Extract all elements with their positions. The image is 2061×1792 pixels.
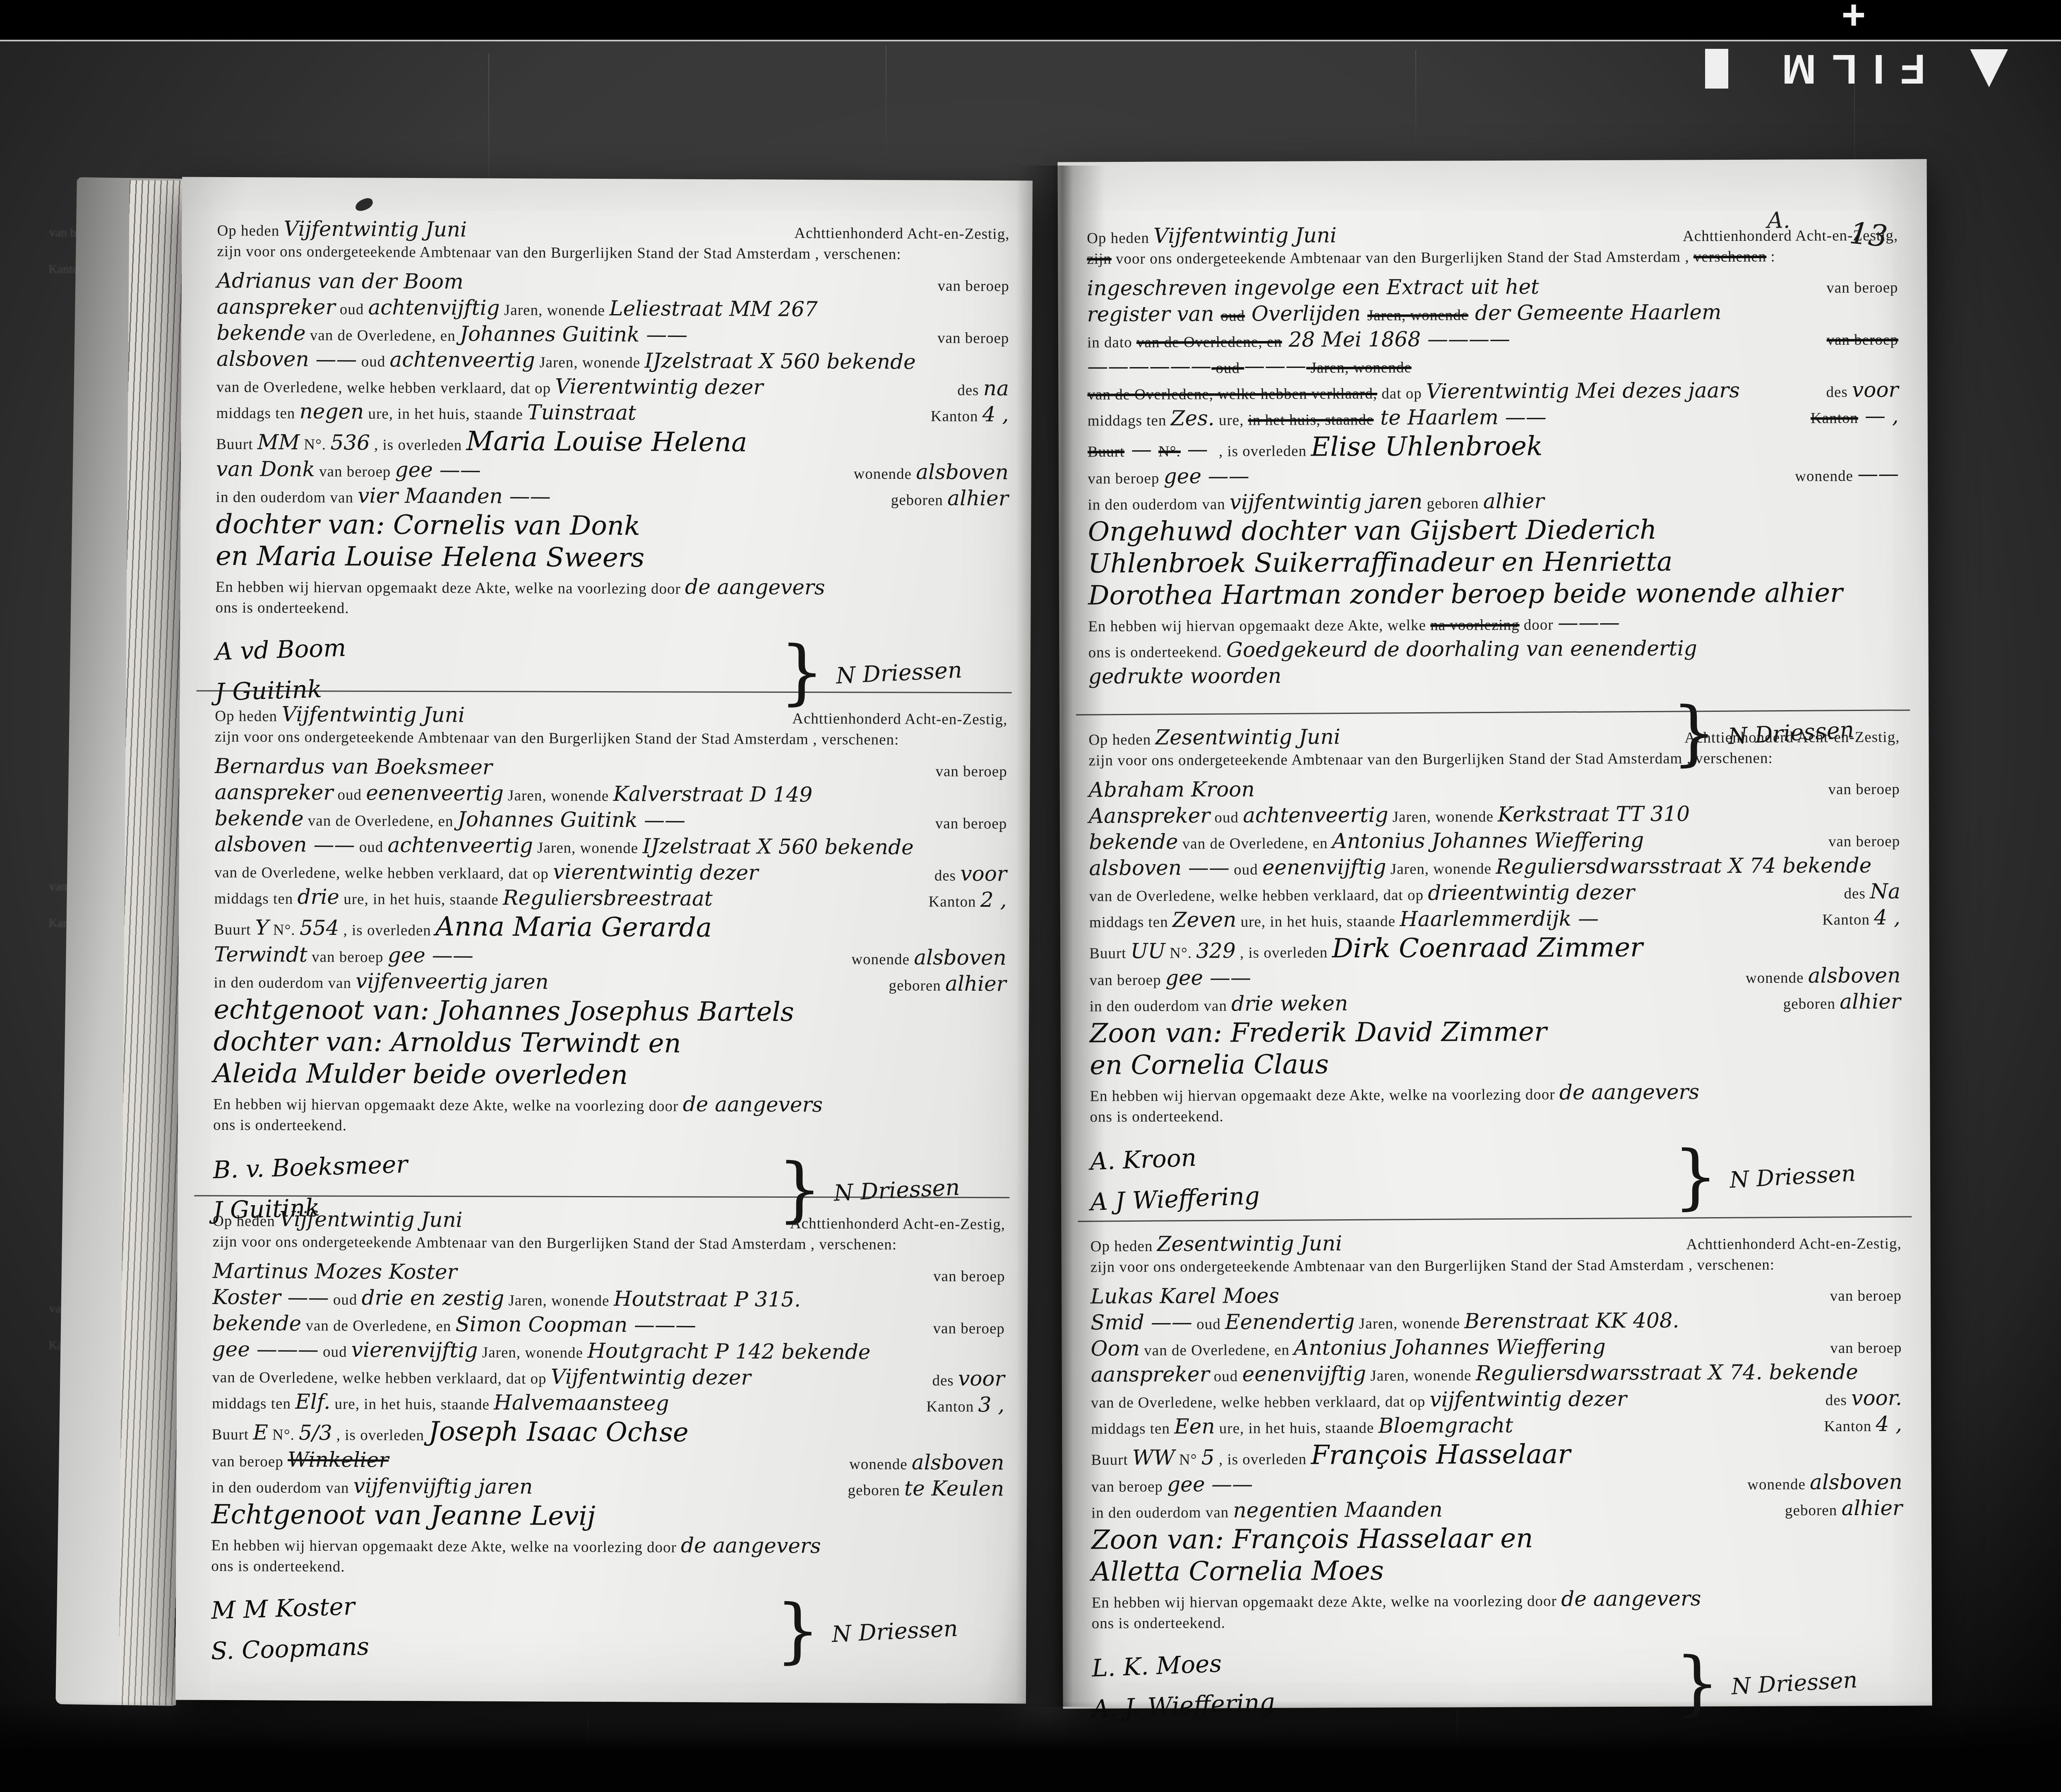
record-line: Abraham Kroonvan beroep	[1089, 775, 1900, 803]
record-line: dochter van: Arnoldus Terwindt en	[214, 1026, 1006, 1060]
death-record-right-2: Op heden Zesentwintig JuniAchttienhonder…	[1088, 723, 1901, 1214]
printed-text: ure, in het huis, staande	[1236, 913, 1400, 931]
printed-text: oud	[1211, 359, 1244, 377]
handwritten-text: —	[1124, 437, 1158, 461]
handwritten-text: achtenveertig	[387, 833, 533, 858]
handwritten-text: Vierentwintig dezer	[555, 374, 763, 399]
film-edge-label: FILM +	[1738, 38, 1953, 96]
spacer	[465, 722, 792, 723]
handwritten-text: Uhlenbroek Suikerraffinadeur en Henriett…	[1088, 546, 1673, 579]
printed-text: ons is onderteekend.	[1088, 643, 1227, 661]
printed-text: van beroep	[315, 463, 395, 481]
film-edge-block-icon	[1705, 49, 1728, 89]
handwritten-text: Zesentwintig Juni	[1157, 1231, 1342, 1256]
handwritten-text: Zesentwintig Juni	[1155, 725, 1340, 749]
handwritten-text: Antonius Johannes Wieffering	[1332, 828, 1644, 853]
printed-text: van beroep	[937, 277, 1009, 295]
printed-text: van beroep	[1830, 1287, 1902, 1305]
printed-text: des	[1826, 383, 1852, 401]
record-line: en Maria Louise Helena Sweers	[216, 541, 1008, 575]
handwritten-text: Dirk Coenraad Zimmer	[1332, 932, 1643, 964]
spacer	[1255, 794, 1828, 796]
handwritten-text: 5	[1201, 1445, 1215, 1469]
spacer	[713, 906, 929, 906]
printed-text: Jaren, wonende	[1386, 860, 1496, 878]
printed-text: van beroep	[933, 1319, 1005, 1338]
handwritten-text: en Maria Louise Helena Sweers	[216, 541, 644, 574]
record-line: van de Overledene, welke hebben verklaar…	[1091, 1386, 1902, 1414]
printed-text: oud	[357, 353, 390, 370]
brace-mark: }	[1673, 1141, 1718, 1212]
record-line: ons is onderteekend.	[211, 1557, 1004, 1585]
printed-text: van beroep	[1828, 781, 1900, 799]
printed-text: Achttienhonderd Acht-en-Zestig,	[792, 710, 1007, 728]
printed-text: Jaren, wonende	[533, 839, 643, 857]
printed-text: Achttienhonderd Acht-en-Zestig,	[1686, 1235, 1901, 1254]
printed-text: , is overleden	[1215, 442, 1311, 461]
record-line: ons is onderteekend.	[215, 599, 1008, 627]
film-scratch	[886, 46, 886, 170]
record-line: Op heden Zesentwintig JuniAchttienhonder…	[1088, 723, 1900, 751]
spacer	[457, 1279, 934, 1281]
printed-text: van beroep	[935, 814, 1007, 833]
record-line: bekende van de Overledene, en Johannes G…	[214, 806, 1007, 834]
printed-text: geboren	[889, 977, 946, 995]
printed-text: wonende	[1795, 467, 1857, 485]
handwritten-text: aanspreker	[214, 780, 333, 805]
record-line: Op heden Vijfentwintig JuniAchttienhonde…	[215, 702, 1007, 730]
spacer	[1340, 742, 1685, 744]
printed-text: in den ouderdom van	[1088, 495, 1230, 514]
handwritten-text: aanspreker	[217, 295, 336, 319]
handwritten-text: Maria Louise Helena	[466, 426, 747, 458]
printed-text: oud	[1192, 1315, 1225, 1333]
spacer	[669, 1410, 927, 1412]
printed-text: van de Overledene, en	[1140, 1341, 1294, 1360]
record-line: alsboven —— oud achtenveertig Jaren, won…	[214, 832, 1007, 860]
handwritten-text: Koster ——	[212, 1285, 329, 1309]
handwritten-text: Na	[1870, 879, 1900, 903]
death-record-left-3: Op heden Vijfentwintig JuniAchttienhonde…	[211, 1207, 1005, 1667]
handwritten-text: François Hasselaar	[1311, 1439, 1571, 1470]
record-line: van de Overledene, welke hebben verklaar…	[214, 858, 1007, 886]
record-line: En hebben wij hiervan opgemaakt deze Akt…	[213, 1090, 1006, 1118]
handwritten-text: gee ——	[1167, 1472, 1253, 1497]
record-line: Alletta Cornelia Moes	[1091, 1554, 1902, 1588]
printed-text: Jaren, wonende	[504, 1292, 614, 1310]
signature-area: A vd BoomJ Guitink}N Driessen	[215, 634, 1008, 708]
handwritten-text: Eenendertig	[1225, 1309, 1355, 1334]
printed-text: van beroep	[211, 1453, 288, 1471]
handwritten-text: alhier	[1841, 1496, 1902, 1521]
handwritten-text: Simon Coopman ———	[455, 1312, 696, 1337]
printed-text: door	[1519, 616, 1557, 634]
handwritten-text: Y	[255, 915, 269, 939]
handwritten-text: alsboven	[916, 460, 1009, 484]
printed-text: Buurt	[214, 921, 255, 939]
record-line: middags ten Zes. ure, in het huis, staan…	[1088, 404, 1899, 432]
handwritten-text: Antonius Johannes Wieffering	[1294, 1335, 1606, 1360]
record-line: Buurt MM N°. 536 , is overleden Maria Lo…	[216, 425, 1009, 459]
handwritten-text: ——————	[1087, 354, 1211, 378]
handwritten-text: Zoon van: Frederik David Zimmer	[1090, 1017, 1547, 1049]
handwritten-text: 5/3	[299, 1421, 332, 1445]
printed-text: geboren	[1422, 495, 1483, 513]
printed-text: voor ons ondergeteekende Ambtenaar van d…	[1112, 248, 1693, 268]
handwritten-text: 4 ,	[1874, 906, 1900, 930]
handwritten-text: Leliestraat MM 267	[609, 296, 818, 321]
record-line: zijn voor ons ondergeteekende Ambtenaar …	[217, 243, 1009, 271]
handwritten-text: Tuinstraat	[527, 400, 636, 425]
handwritten-text: Joseph Isaac Ochse	[428, 1416, 689, 1448]
printed-text: Buurt	[216, 435, 257, 453]
handwritten-text: Aleida Mulder beide overleden	[213, 1058, 628, 1091]
printed-text: geboren	[848, 1482, 905, 1500]
record-line: echtgenoot van: Johannes Josephus Bartel…	[214, 994, 1006, 1028]
registrar-signature-block: }N Driessen	[779, 637, 1008, 708]
handwritten-text: echtgenoot van: Johannes Josephus Bartel…	[214, 994, 794, 1028]
death-record-left-2: Op heden Vijfentwintig JuniAchttienhonde…	[213, 702, 1007, 1225]
printed-text: En hebben wij hiervan opgemaakt deze Akt…	[1090, 1086, 1559, 1105]
record-line: middags ten Zeven ure, in het huis, staa…	[1089, 906, 1900, 933]
printed-text: N°.	[1158, 443, 1181, 461]
handwritten-text: IJzelstraat X 560 bekende	[644, 348, 915, 374]
printed-text: wonende	[853, 465, 916, 483]
printed-text: En hebben wij hiervan opgemaakt deze Akt…	[216, 578, 685, 598]
record-line: ons is onderteekend. Goedgekeurd de door…	[1088, 636, 1900, 663]
handwritten-text: Reguliersbreestraat	[503, 886, 713, 910]
handwritten-text: gedrukte woorden	[1088, 664, 1281, 689]
handwritten-text: 28 Mei 1868 ————	[1282, 327, 1510, 352]
handwritten-text: eenenvijftig	[1262, 855, 1386, 879]
handwritten-text: Kalverstraat D 149	[613, 782, 812, 807]
witness-signature: A. Kroon	[1090, 1141, 1260, 1176]
printed-text: ure, in het huis, staande	[364, 405, 527, 423]
record-line: En hebben wij hiervan opgemaakt deze Akt…	[1088, 610, 1899, 637]
record-line: En hebben wij hiervan opgemaakt deze Akt…	[211, 1531, 1004, 1559]
printed-text: van beroep	[1826, 279, 1898, 297]
spacer	[473, 963, 852, 964]
record-line: in den ouderdom van vijfentwintig jaren …	[1088, 488, 1899, 516]
record-line: Zoon van: Frederik David Zimmer	[1090, 1016, 1901, 1049]
record-line: van de Overledene, welke hebben verklaar…	[1089, 879, 1900, 907]
printed-text: van beroep	[1828, 833, 1900, 851]
printed-text: oud	[333, 786, 366, 804]
printed-text: des	[934, 867, 961, 884]
microfilm-frame: FILM + ▼ van beroep Kanton van beroep Ka…	[0, 0, 2061, 1792]
signature-area: M M KosterS. Coopmans}N Driessen	[211, 1593, 1004, 1667]
spacer	[1253, 1489, 1747, 1491]
right-page: A. 13 Op heden Vijfentwintig JuniAchttie…	[1057, 159, 1932, 1708]
record-line: zijn voor ons ondergeteekende Ambtenaar …	[1091, 1256, 1902, 1283]
spacer	[1539, 293, 1826, 293]
handwritten-text: MM	[257, 430, 300, 454]
printed-text: van de Overledene, welke hebben verklaar…	[1091, 1393, 1430, 1412]
record-line: in den ouderdom van vijfenvijftig jareng…	[211, 1473, 1004, 1501]
handwritten-text: bekende	[216, 321, 306, 345]
spacer	[1279, 1301, 1830, 1303]
handwritten-text: achtenvijftig	[368, 295, 500, 319]
handwritten-text: Vijfentwintig dezer	[551, 1364, 751, 1389]
handwritten-text: ingeschreven ingevolge een Extract uit h…	[1087, 275, 1539, 300]
printed-text: wonende	[1746, 969, 1808, 987]
printed-text: wonende	[849, 1456, 912, 1474]
printed-text: van de Overledene, en	[1178, 834, 1332, 853]
printed-text: ons is onderteekend.	[215, 599, 349, 617]
printed-text: van de Overledene, en	[301, 1317, 455, 1336]
record-line: Op heden Zesentwintig JuniAchttienhonder…	[1091, 1230, 1902, 1257]
record-line: aanspreker oud achtenvijftig Jaren, wone…	[217, 295, 1009, 323]
record-line: zijn voor ons ondergeteekende Ambtenaar …	[1088, 749, 1900, 777]
handwritten-text: ———	[1558, 610, 1620, 635]
record-line: Terwindt van beroep gee ——wonende alsbov…	[214, 942, 1006, 970]
printed-text: ure, in het huis, staande	[330, 1395, 494, 1414]
printed-text: , is overleden	[1215, 1451, 1311, 1469]
printed-text: geboren	[1783, 995, 1840, 1013]
spacer	[1342, 1249, 1686, 1250]
printed-text: van beroep	[1830, 1339, 1902, 1357]
handwritten-text: gee ——	[1165, 966, 1251, 990]
record-line: Op heden Vijfentwintig JuniAchttienhonde…	[217, 216, 1009, 245]
record-line: in dato van de Overledene, en 28 Mei 186…	[1087, 326, 1898, 353]
handwritten-text: de aangevers	[683, 1092, 823, 1117]
record-line: Adrianus van der Boomvan beroep	[217, 269, 1009, 297]
printed-text: ure, in het huis, staande	[339, 890, 503, 909]
handwritten-text: Haarlemmerdijk —	[1400, 906, 1599, 931]
handwritten-text: eenenvijftig	[1242, 1362, 1366, 1386]
printed-text: Kanton	[931, 407, 982, 425]
printed-text: dat op	[1377, 385, 1426, 403]
printed-text: des	[957, 382, 983, 399]
printed-text: Jaren, wonende	[535, 353, 645, 372]
printed-text: des	[1826, 1391, 1852, 1409]
spacer	[1337, 241, 1683, 242]
record-line: middags ten Een ure, in het huis, staand…	[1091, 1412, 1902, 1440]
printed-text: Jaren, wonende	[1355, 1314, 1464, 1333]
record-line: van de Overledene, welke hebben verklaar…	[212, 1363, 1004, 1391]
printed-text: Jaren, wonende	[500, 301, 610, 319]
printed-text: middags ten	[216, 404, 299, 423]
printed-text: Kanton	[1824, 1417, 1876, 1435]
record-line: Op heden Vijfentwintig JuniAchttienhonde…	[213, 1207, 1005, 1235]
record-line: middags ten negen ure, in het huis, staa…	[216, 399, 1009, 427]
handwritten-text: ——	[1857, 462, 1899, 486]
handwritten-text: de aangevers	[685, 575, 825, 599]
witness-signature: B. v. Boeksmeer	[213, 1150, 408, 1184]
handwritten-text: UU	[1131, 939, 1165, 963]
spacer	[1606, 1353, 1830, 1354]
record-line: van beroep gee ——wonende alsboven	[1091, 1470, 1902, 1498]
printed-text: oud	[1210, 809, 1243, 826]
printed-text: Op heden	[217, 222, 283, 240]
printed-text: oud	[329, 1291, 361, 1309]
printed-text: van de Overledene, en	[306, 327, 460, 345]
spacer	[463, 1227, 790, 1228]
handwritten-text: drieentwintig dezer	[1428, 880, 1635, 905]
handwritten-text: alhier	[945, 972, 1006, 996]
record-line: Aanspreker oud achtenveertig Jaren, wone…	[1089, 801, 1900, 829]
printed-text: van de Overledene, en	[1136, 333, 1282, 351]
printed-text: in den ouderdom van	[1090, 997, 1232, 1015]
printed-text: Achttienhonderd Acht-en-Zestig,	[1684, 728, 1900, 747]
printed-text: in den ouderdom van	[211, 1479, 353, 1497]
handwritten-text: eenenveertig	[366, 781, 504, 805]
printed-text: oud	[319, 1343, 351, 1361]
printed-text: En hebben wij hiervan opgemaakt deze Akt…	[1092, 1592, 1561, 1612]
printed-text: ons is onderteekend.	[1090, 1107, 1223, 1126]
printed-text: Jaren, wonende	[478, 1344, 588, 1362]
record-line: middags ten drie ure, in het huis, staan…	[214, 884, 1006, 913]
printed-text: verschenen	[1693, 248, 1767, 266]
handwritten-text: voor	[1852, 378, 1899, 402]
printed-text: ons is onderteekend.	[1092, 1614, 1225, 1632]
spacer	[758, 880, 934, 881]
handwritten-text: Winkelier	[288, 1448, 389, 1472]
handwritten-text: drie en zestig	[361, 1285, 504, 1310]
record-line: bekende van de Overledene, en Johannes G…	[216, 321, 1009, 349]
printed-text: N°.	[300, 436, 330, 454]
registrar-signature: N Driessen	[833, 1174, 961, 1206]
record-line: bekende van de Overledene, en Antonius J…	[1089, 827, 1900, 855]
record-line: Op heden Vijfentwintig JuniAchttienhonde…	[1087, 221, 1898, 249]
printed-text: van de Overledene, welke hebben verklaar…	[212, 1369, 551, 1388]
handwritten-text: Vijfentwintig Juni	[1153, 223, 1337, 248]
handwritten-text: Bernardus van Boeksmeer	[215, 754, 492, 779]
printed-text: Jaren, wonende	[1388, 808, 1498, 826]
record-line: van de Overledene, welke hebben verklaar…	[1087, 378, 1898, 406]
handwritten-text: de aangevers	[1559, 1080, 1700, 1104]
record-line: Koster —— oud drie en zestig Jaren, wone…	[212, 1285, 1005, 1313]
spacer	[1547, 423, 1811, 424]
handwritten-text: dochter van: Arnoldus Terwindt en	[214, 1026, 681, 1059]
printed-text: in den ouderdom van	[216, 488, 358, 507]
handwritten-text: Ongehuwd dochter van Gijsbert Diederich	[1088, 515, 1657, 548]
death-record-right-1: Op heden Vijfentwintig JuniAchttienhonde…	[1087, 221, 1900, 771]
printed-text: , is overleden	[332, 1426, 428, 1444]
record-line: Buurt E N°. 5/3 , is overleden Joseph Is…	[212, 1415, 1004, 1449]
printed-text: zijn voor ons ondergeteekende Ambtenaar …	[1088, 749, 1773, 770]
printed-text: van beroep	[937, 329, 1009, 348]
handwritten-text: Johannes Guitink ——	[460, 322, 688, 346]
printed-text: geboren	[891, 491, 948, 509]
handwritten-text: voor	[960, 862, 1007, 886]
printed-text: Buurt	[212, 1426, 253, 1444]
handwritten-text: 554	[300, 916, 339, 940]
spacer	[464, 289, 938, 291]
printed-text: zijn voor ons ondergeteekende Ambtenaar …	[215, 728, 899, 749]
spacer	[636, 420, 931, 421]
handwritten-text: de aangevers	[1561, 1586, 1701, 1611]
record-line: Buurt UU N°. 329 , is overleden Dirk Coe…	[1089, 932, 1900, 965]
spacer	[492, 774, 936, 776]
record-line: Buurt — N°. — , is overleden Elise Uhlen…	[1088, 430, 1899, 464]
record-line: Buurt WW N° 5 , is overleden François Ha…	[1091, 1438, 1902, 1472]
printed-text: ure,	[1215, 411, 1248, 429]
handwritten-text: negentien Maanden	[1233, 1497, 1442, 1522]
printed-text: van de Overledene, welke hebben verklaar…	[216, 378, 555, 398]
handwritten-text: bekende	[214, 806, 304, 831]
spacer	[1627, 1405, 1826, 1406]
record-line: Oom van de Overledene, en Antonius Johan…	[1091, 1334, 1902, 1362]
witness-signature: L. K. Moes	[1091, 1647, 1275, 1682]
handwritten-text: de aangevers	[681, 1533, 821, 1558]
record-line: zijn voor ons ondergeteekende Ambtenaar …	[215, 728, 1007, 756]
record-line: in den ouderdom van negentien Maandengeb…	[1091, 1496, 1902, 1524]
handwritten-text: voor.	[1851, 1386, 1902, 1410]
registrar-signature: N Driessen	[1729, 1160, 1857, 1193]
handwritten-text: vijfenveertig jaren	[356, 969, 549, 994]
record-line: gee ——— oud vierenvijftig Jaren, wonende…	[212, 1337, 1005, 1365]
witness-signature: S. Coopmans	[211, 1632, 370, 1665]
printed-text: Kanton	[929, 893, 980, 911]
printed-text: , is overleden	[370, 436, 466, 454]
handwritten-text: vijfenvijftig jaren	[353, 1474, 533, 1499]
spacer	[1251, 983, 1746, 985]
printed-text: des	[932, 1372, 958, 1389]
record-line: aanspreker oud eenenveertig Jaren, wonen…	[214, 780, 1007, 808]
printed-text: ure, in het huis, staande	[1215, 1419, 1378, 1437]
spacer	[1644, 846, 1828, 847]
registrar-signature-block: }N Driessen	[775, 1595, 1004, 1667]
handwritten-text: Lukas Karel Moes	[1091, 1284, 1279, 1309]
printed-text: Kanton	[1822, 911, 1874, 929]
printed-text: middags ten	[212, 1395, 295, 1413]
handwritten-text: alsboven	[914, 945, 1006, 970]
spacer	[685, 827, 935, 829]
handwritten-text: Dorothea Hartman zonder beroep beide won…	[1088, 578, 1843, 611]
handwritten-text: bekende	[212, 1311, 302, 1336]
handwritten-text: Overlijden	[1245, 301, 1367, 326]
printed-text: Jaren, wonende	[504, 787, 613, 805]
record-line: van beroep gee ——wonende ——	[1088, 462, 1899, 490]
printed-text: van beroep	[307, 948, 388, 966]
handwritten-text: Bloemgracht	[1378, 1413, 1513, 1438]
record-line: Martinus Mozes Kostervan beroep	[212, 1259, 1005, 1287]
record-line: in den ouderdom van drie wekengeboren al…	[1089, 990, 1900, 1017]
witness-signatures: M M KosterS. Coopmans	[211, 1594, 369, 1663]
handwritten-text: Vierentwintig Mei dezes jaars	[1426, 378, 1740, 404]
record-line: ons is onderteekend.	[213, 1116, 1006, 1144]
handwritten-text: Goedgekeurd de doorhaling van eenenderti…	[1226, 636, 1697, 662]
handwritten-text: drie weken	[1231, 991, 1348, 1016]
handwritten-text: alsboven	[912, 1450, 1004, 1475]
handwritten-text: Zeven	[1172, 908, 1237, 932]
spacer	[1599, 925, 1822, 925]
record-line: in den ouderdom van vier Maanden ——gebor…	[216, 483, 1009, 511]
record-line: Buurt Y N°. 554 , is overleden Anna Mari…	[214, 910, 1006, 944]
spacer	[1635, 898, 1844, 899]
handwritten-text: Zoon van: François Hasselaar en	[1091, 1523, 1533, 1556]
handwritten-text: Berenstraat KK 408.	[1464, 1308, 1679, 1333]
handwritten-text: WW	[1132, 1446, 1175, 1470]
handwritten-text: van Donk	[216, 457, 315, 481]
spacer	[763, 394, 957, 395]
handwritten-text: vijfentwintig dezer	[1429, 1387, 1627, 1412]
record-line: register van oud Overlijden Jaren, wonen…	[1087, 300, 1898, 327]
record-line: ingeschreven ingevolge een Extract uit h…	[1087, 274, 1898, 301]
handwritten-text: Martinus Mozes Koster	[212, 1259, 457, 1284]
handwritten-text: Adrianus van der Boom	[217, 269, 464, 294]
registrar-signature: N Driessen	[831, 1615, 958, 1647]
spacer	[1513, 1431, 1824, 1432]
handwritten-text: Abraham Kroon	[1089, 777, 1255, 802]
handwritten-text: gee ——	[395, 458, 481, 482]
handwritten-text: alhier	[1483, 489, 1545, 514]
printed-text: Kanton	[1811, 409, 1858, 427]
handwritten-text: Aanspreker	[1089, 803, 1210, 828]
brace-mark: }	[775, 1595, 820, 1666]
printed-text: middags ten	[214, 890, 297, 908]
